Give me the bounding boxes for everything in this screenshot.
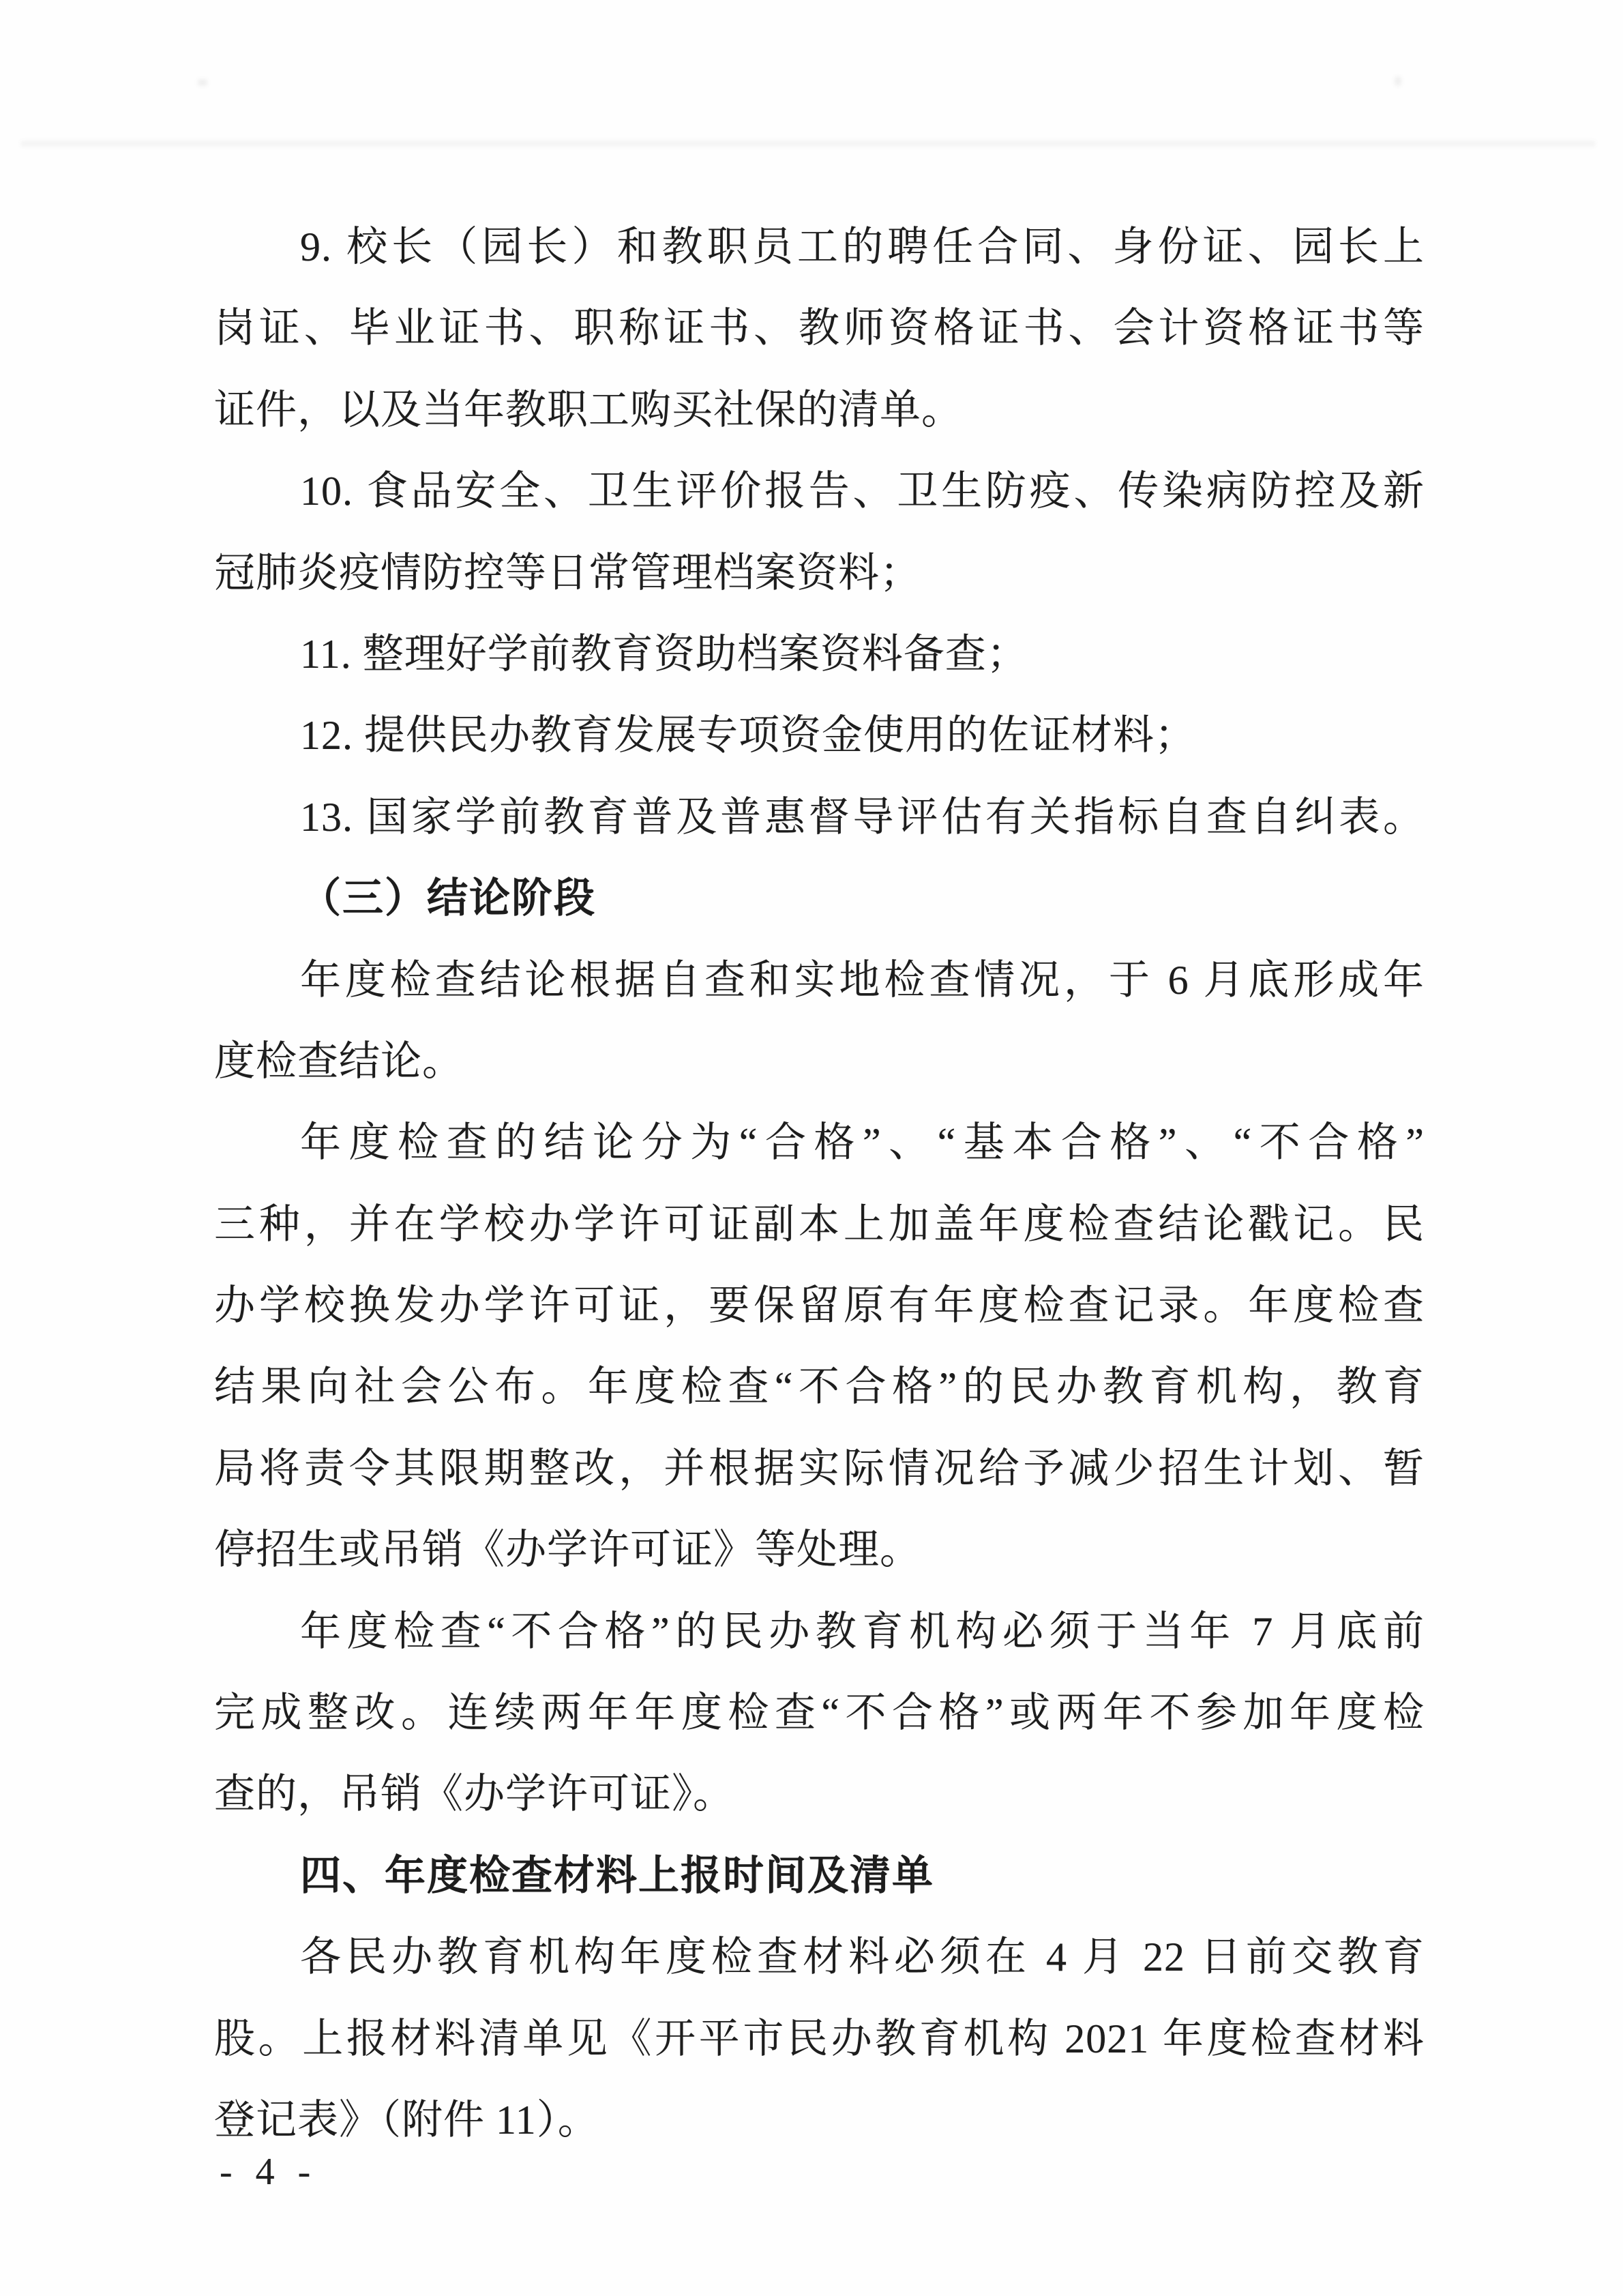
document-line: 登记表》（附件 11）。 — [214, 2080, 1425, 2161]
document-line: 股。上报材料清单见《开平市民办教育机构 2021 年度检查材料 — [214, 1999, 1425, 2080]
document-line: 9. 校长（园长）和教职员工的聘任合同、身份证、园长上 — [214, 207, 1425, 288]
document-line: 完成整改。连续两年年度检查“不合格”或两年不参加年度检 — [214, 1673, 1425, 1754]
document-line: 12. 提供民办教育发展专项资金使用的佐证材料； — [214, 695, 1425, 776]
document-line: 度检查结论。 — [214, 1021, 1425, 1102]
scanned-document-page: 9. 校长（园长）和教职员工的聘任合同、身份证、园长上 岗证、毕业证书、职称证书… — [0, 0, 1623, 2296]
document-line: 停招生或吊销《办学许可证》等处理。 — [214, 1510, 1425, 1591]
scan-artifact — [198, 79, 207, 86]
document-body: 9. 校长（园长）和教职员工的聘任合同、身份证、园长上 岗证、毕业证书、职称证书… — [214, 207, 1425, 2161]
scan-artifact — [1395, 76, 1401, 86]
document-line: 11. 整理好学前教育资助档案资料备查； — [214, 614, 1425, 695]
section-heading: 四、年度检查材料上报时间及清单 — [214, 1836, 1425, 1917]
document-line: 查的，吊销《办学许可证》。 — [214, 1754, 1425, 1835]
document-line: 结果向社会公布。年度检查“不合格”的民办教育机构，教育 — [214, 1346, 1425, 1428]
document-line: 冠肺炎疫情防控等日常管理档案资料； — [214, 533, 1425, 614]
document-line: 各民办教育机构年度检查材料必须在 4 月 22 日前交教育 — [214, 1917, 1425, 1998]
document-line: 年度检查“不合格”的民办教育机构必须于当年 7 月底前 — [214, 1591, 1425, 1673]
document-line: 三种，并在学校办学许可证副本上加盖年度检查结论戳记。民 — [214, 1184, 1425, 1265]
document-line: 年度检查的结论分为“合格”、“基本合格”、“不合格” — [214, 1102, 1425, 1183]
scan-artifact — [20, 141, 1596, 147]
document-line: 证件，以及当年教职工购买社保的清单。 — [214, 370, 1425, 451]
document-line: 年度检查结论根据自查和实地检查情况，于 6 月底形成年 — [214, 940, 1425, 1021]
document-line: 岗证、毕业证书、职称证书、教师资格证书、会计资格证书等 — [214, 288, 1425, 369]
section-heading: （三）结论阶段 — [214, 858, 1425, 939]
document-line: 13. 国家学前教育普及普惠督导评估有关指标自查自纠表。 — [214, 777, 1425, 858]
document-line: 办学校换发办学许可证，要保留原有年度检查记录。年度检查 — [214, 1265, 1425, 1346]
document-line: 10. 食品安全、卫生评价报告、卫生防疫、传染病防控及新 — [214, 451, 1425, 532]
page-number: - 4 - — [220, 2150, 317, 2194]
document-line: 局将责令其限期整改，并根据实际情况给予减少招生计划、暂 — [214, 1428, 1425, 1510]
